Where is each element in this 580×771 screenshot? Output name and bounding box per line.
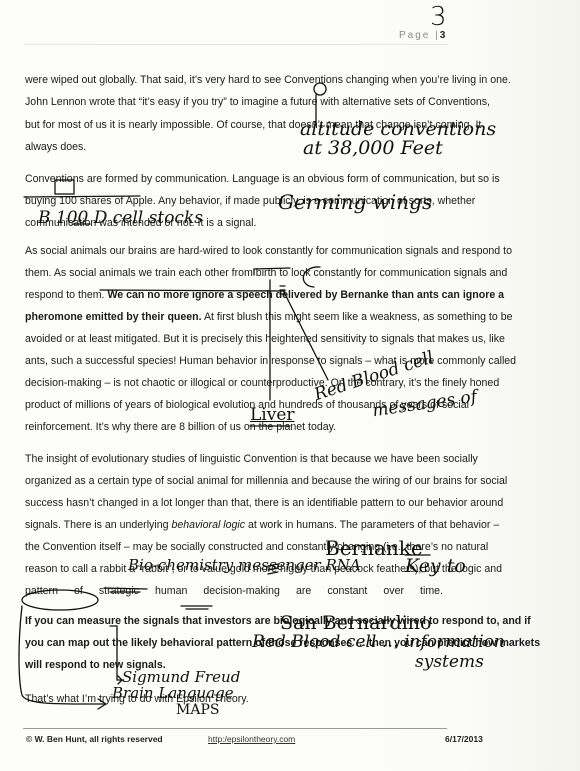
body-text-text: Conventions are formed by communication.…	[25, 173, 500, 185]
body-line: As social animals our brains are hard-wi…	[25, 244, 443, 258]
annotation-germing: Germing wings	[278, 190, 432, 214]
body-line: signals. There is an underlying behavior…	[25, 518, 443, 532]
body-text-text: John Lennon wrote that “it’s easy if you…	[25, 96, 490, 108]
body-line: That’s what I’m trying to do with Epsilo…	[25, 692, 443, 706]
body-line: avoided or at least mitigated. But it is…	[25, 332, 443, 346]
footer-date: 6/17/2013	[445, 734, 483, 744]
annotation-altitude-2: at 38,000 Feet	[303, 137, 443, 159]
body-line: The insight of evolutionary studies of l…	[25, 452, 443, 466]
annotation-san-bernardino: San Bernardino	[280, 612, 431, 634]
body-text-text: decision-making – is not chaotic or illo…	[25, 377, 499, 389]
body-text-text: avoided or at least mitigated. But it is…	[25, 333, 505, 345]
annotation-biochem: Bio-chemistry messenger RNA	[128, 556, 361, 574]
annotation-red-blood-2: Red Blood cell … information	[252, 632, 505, 652]
body-text-bold: If you can measure the signals that inve…	[25, 615, 531, 627]
annotation-systems: systems	[415, 652, 484, 672]
footer-rule	[23, 728, 447, 729]
body-line: John Lennon wrote that “it’s easy if you…	[25, 95, 443, 109]
body-line: respond to them. We can no more ignore a…	[25, 288, 443, 302]
body-text-pre: respond to them.	[25, 289, 107, 301]
body-line: them. As social animals we train each ot…	[25, 266, 443, 280]
body-text-text: success hasn’t changed in a lot longer t…	[25, 497, 503, 509]
annotation-liver: Liver	[250, 405, 295, 425]
annotation-maps: MAPS	[176, 702, 219, 718]
footer-link[interactable]: http:/epsilontheory.com	[208, 734, 295, 744]
body-text-pre: signals. There is an underlying	[25, 519, 171, 531]
annotation-key-to: Key to	[405, 555, 466, 577]
body-line: were wiped out globally. That said, it’s…	[25, 73, 443, 87]
body-line: success hasn’t changed in a lot longer t…	[25, 496, 443, 510]
body-line: pheromone emitted by their queen. At fir…	[25, 310, 443, 324]
body-line: pattern of strategic human decision-maki…	[25, 584, 443, 598]
header-rule	[24, 44, 448, 45]
body-text-text: As social animals our brains are hard-wi…	[25, 245, 512, 257]
body-text-text: organized as a certain type of social an…	[25, 475, 507, 487]
body-text-italic: behavioral logic	[171, 519, 245, 531]
annotation-messages: messages of	[371, 387, 478, 421]
page-number: 3	[440, 30, 446, 41]
body-text-post: At first blush this might seem like a we…	[202, 311, 513, 323]
handwritten-page-number: 3	[430, 2, 447, 32]
annotation-brain: Brain Language	[112, 684, 234, 702]
body-text-text: were wiped out globally. That said, it’s…	[25, 74, 511, 86]
body-text-text: ants, such a successful species! Human b…	[25, 355, 516, 367]
body-text-text: always does.	[25, 141, 86, 153]
page-label-text: Page	[399, 30, 430, 41]
body-text-text: The insight of evolutionary studies of l…	[25, 453, 478, 465]
footer-copyright: © W. Ben Hunt, all rights reserved	[26, 734, 163, 744]
body-text-text: them. As social animals we train each ot…	[25, 267, 507, 279]
annotation-blood-stocks: B 100 D cell stocks	[38, 208, 203, 228]
document-page: 3 Page |3 were wiped out globally. That …	[0, 0, 580, 771]
body-text-text: pattern of strategic human decision-maki…	[25, 585, 443, 597]
body-line: Conventions are formed by communication.…	[25, 172, 443, 186]
body-text-post: at work in humans. The parameters of tha…	[245, 519, 499, 531]
body-text-bold: pheromone emitted by their queen.	[25, 311, 202, 323]
body-line: organized as a certain type of social an…	[25, 474, 443, 488]
body-line: reinforcement. It’s why there are 8 bill…	[25, 420, 443, 434]
body-text-bold: We can no more ignore a speech delivered…	[107, 289, 504, 301]
page-label: Page |3	[399, 30, 445, 41]
